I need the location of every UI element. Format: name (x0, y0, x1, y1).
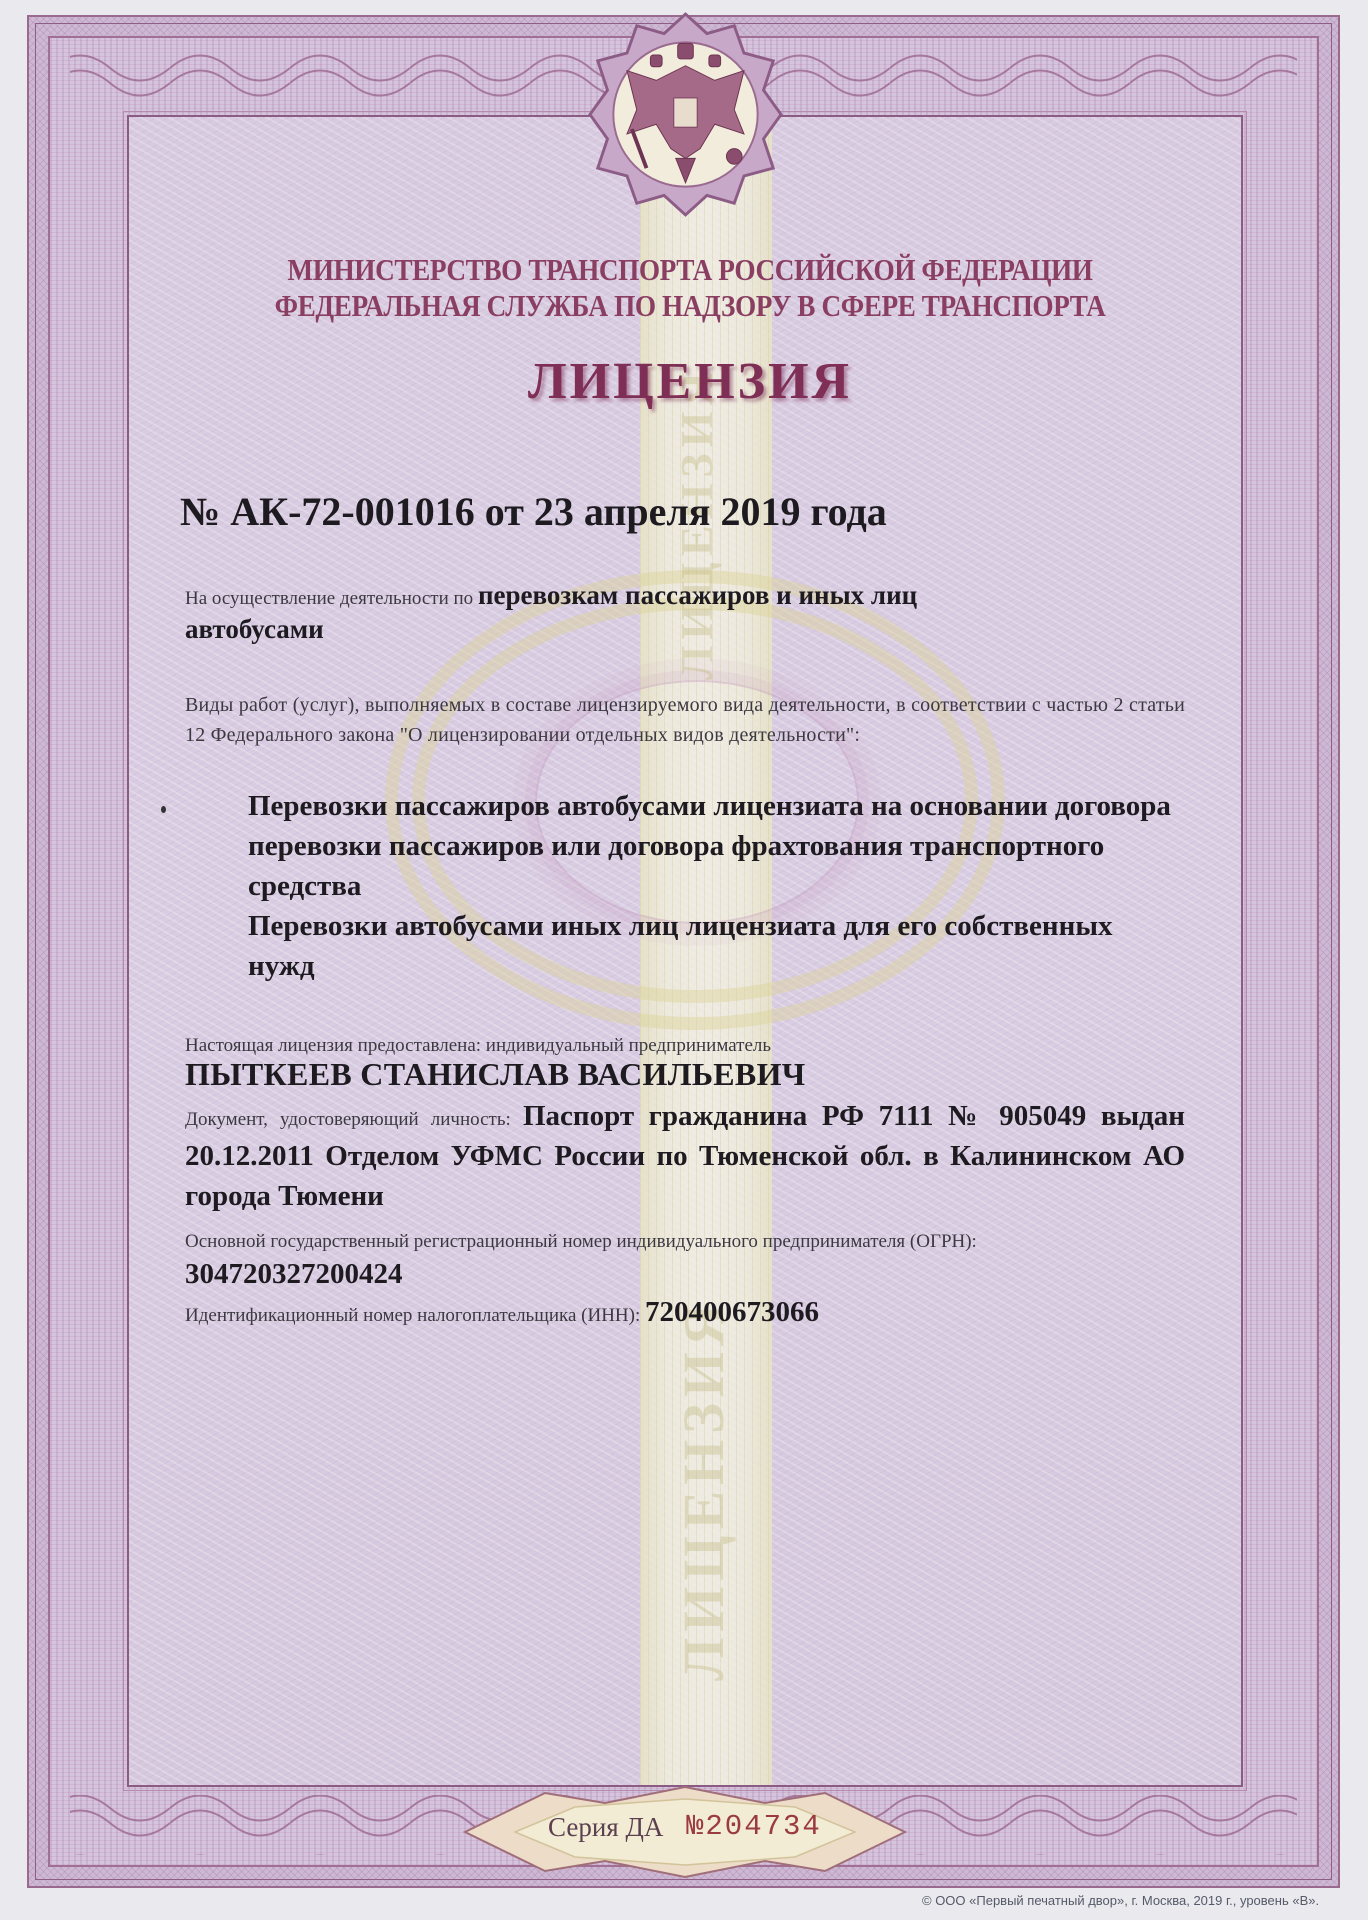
document-title: ЛИЦЕНЗИЯ (180, 352, 1200, 411)
activity-value: перевозкам пассажиров и иных лиц (478, 580, 917, 610)
identity-label: Документ, удостоверяющий личность: (185, 1109, 511, 1130)
inn-block: Идентификационный номер налогоплательщик… (185, 1296, 819, 1329)
printer-copyright: © ООО «Первый печатный двор», г. Москва,… (922, 1893, 1319, 1908)
service-item: Перевозки пассажиров автобусами лицензиа… (248, 786, 1178, 906)
ministry-heading: МИНИСТЕРСТВО ТРАНСПОРТА РОССИЙСКОЙ ФЕДЕР… (241, 252, 1139, 288)
identity-document: Документ, удостоверяющий личность: Паспо… (185, 1098, 1185, 1218)
activity-block: На осуществление деятельности по перевоз… (185, 580, 1185, 648)
services-list: Перевозки пассажиров автобусами лицензиа… (248, 786, 1178, 986)
ogrn-block: Основной государственный регистрационный… (185, 1226, 1195, 1294)
series-label: Серия ДА (548, 1812, 663, 1843)
works-label: Виды работ (услуг), выполняемых в состав… (185, 690, 1185, 750)
ogrn-label: Основной государственный регистрационный… (185, 1231, 977, 1252)
watermark-text: ЛИЦЕНЗИЯ (670, 1290, 740, 1690)
ogrn-value: 304720327200424 (185, 1258, 403, 1290)
series-number: №204734 (686, 1810, 822, 1843)
inn-label: Идентификационный номер налогоплательщик… (185, 1305, 640, 1326)
print-speck (161, 806, 166, 813)
inn-value: 720400673066 (645, 1296, 819, 1328)
service-heading: ФЕДЕРАЛЬНАЯ СЛУЖБА ПО НАДЗОРУ В СФЕРЕ ТР… (241, 288, 1139, 324)
holder-name: ПЫТКЕЕВ СТАНИСЛАВ ВАСИЛЬЕВИЧ (185, 1056, 806, 1093)
activity-value-cont: автобусами (185, 614, 324, 644)
service-item: Перевозки автобусами иных лиц лицензиата… (248, 906, 1178, 986)
activity-label: На осуществление деятельности по (185, 588, 473, 609)
coat-of-arms-icon (588, 12, 783, 217)
license-number: № АК-72-001016 от 23 апреля 2019 года (180, 488, 887, 535)
series-badge-ornament (455, 1785, 915, 1880)
